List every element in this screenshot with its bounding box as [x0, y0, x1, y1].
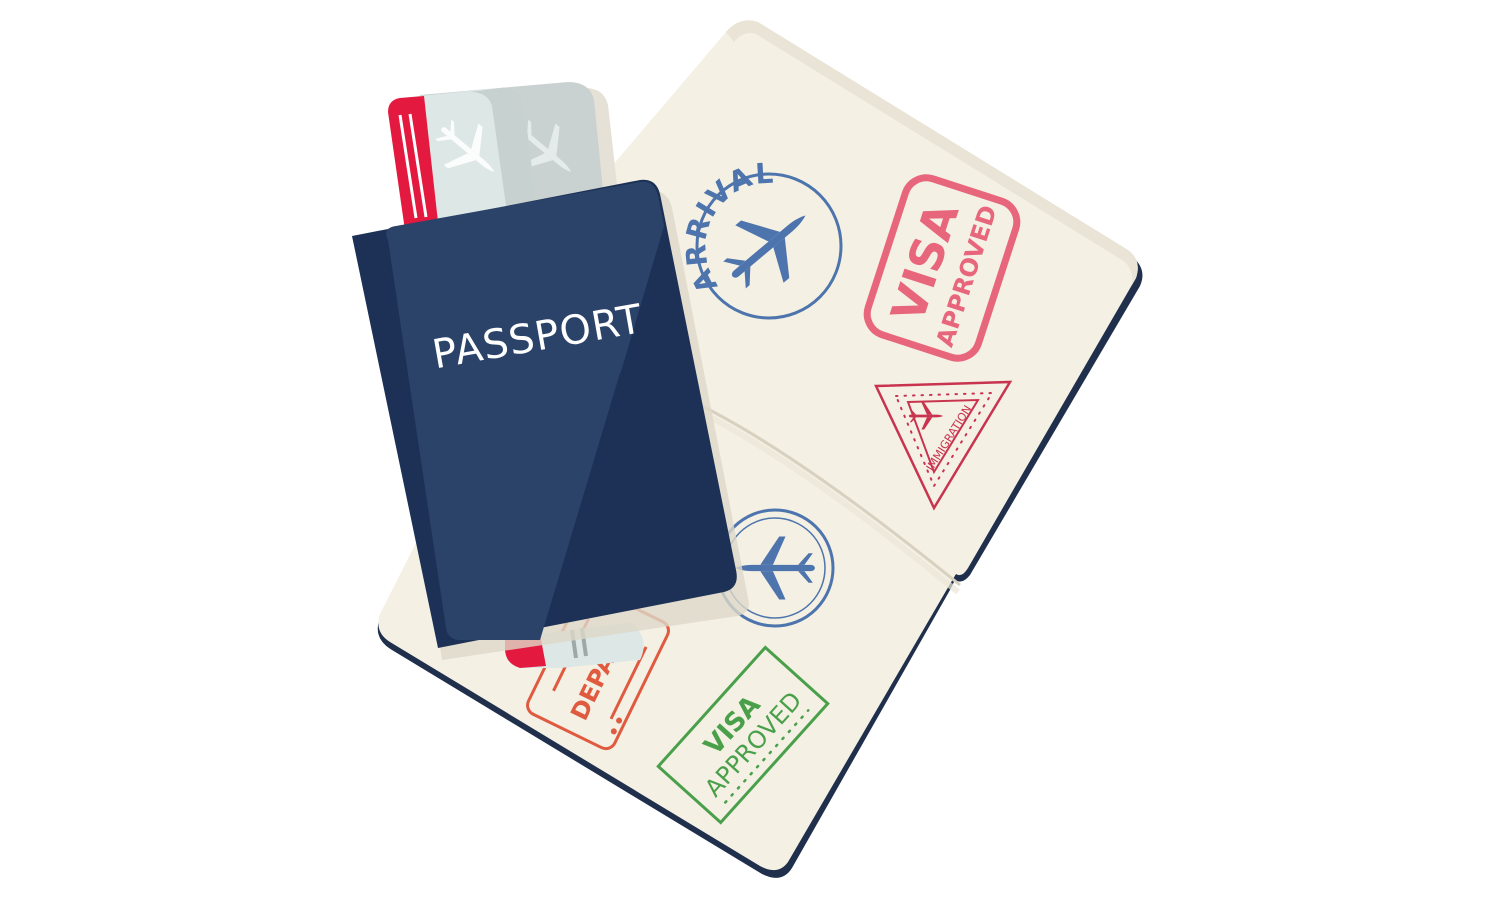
passport-illustration: ARRIVAL VISA APPROVED IMMIGRATION [0, 0, 1500, 900]
